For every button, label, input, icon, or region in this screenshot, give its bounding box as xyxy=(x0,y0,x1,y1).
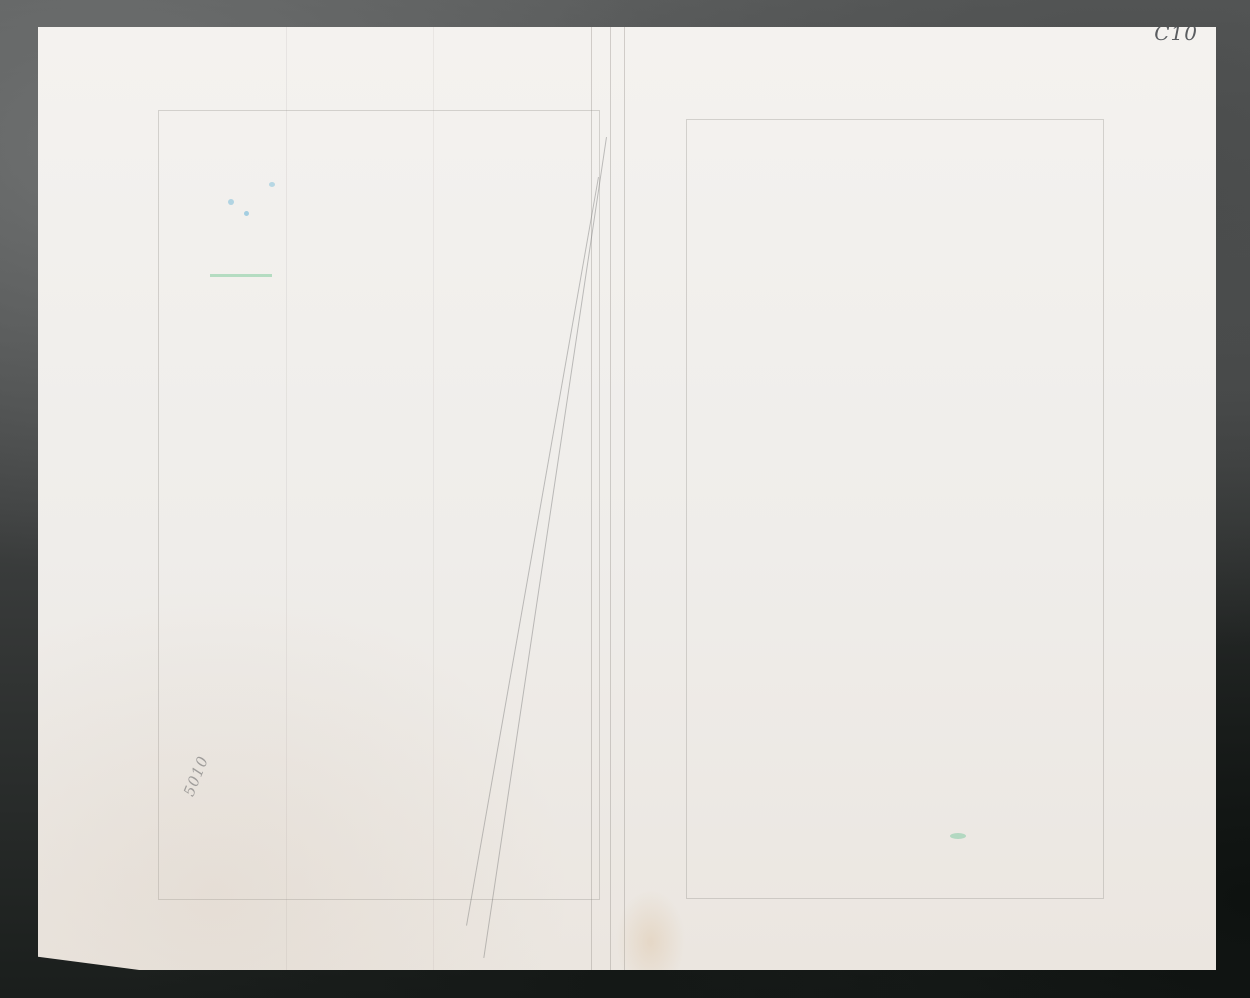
ink-spot xyxy=(269,182,275,187)
pencil-diagonal-line xyxy=(466,177,599,926)
paper-sheet: C10 5010 xyxy=(38,27,1216,970)
ink-spot xyxy=(244,211,249,216)
center-fold-line xyxy=(591,27,592,970)
pencil-annotation-bottom: 5010 xyxy=(180,753,212,799)
ink-spot xyxy=(228,199,234,205)
ink-spot xyxy=(950,833,966,839)
faint-vertical-line xyxy=(433,27,434,970)
center-fold-line xyxy=(610,27,611,970)
faint-vertical-line xyxy=(286,27,287,970)
plate-mark-right xyxy=(686,119,1104,899)
center-fold-line xyxy=(624,27,625,970)
pencil-diagonal-line xyxy=(483,137,607,958)
green-ink-mark xyxy=(210,274,272,277)
plate-mark-left xyxy=(158,110,600,900)
